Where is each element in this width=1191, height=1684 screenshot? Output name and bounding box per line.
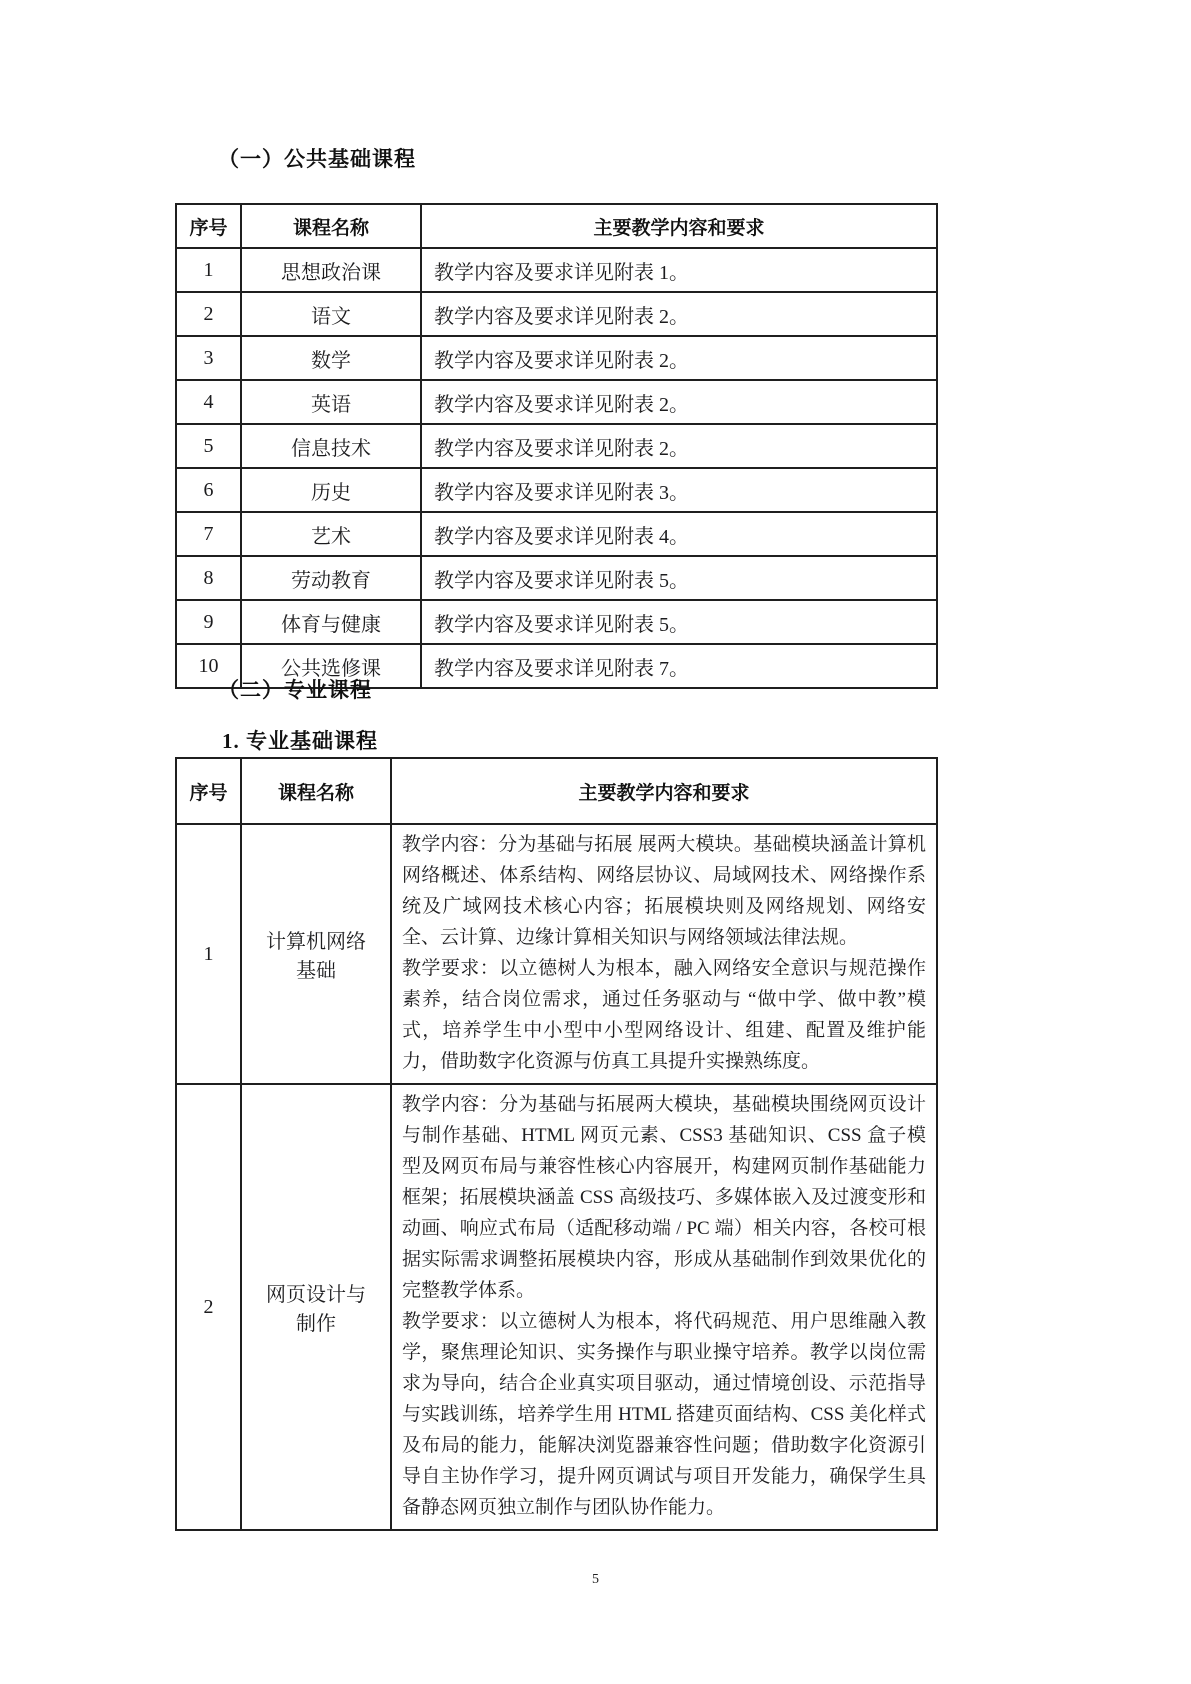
row-number: 8 <box>176 556 241 600</box>
table-row: 3 数学 教学内容及要求详见附表 2。 <box>176 336 937 380</box>
teaching-requirements-paragraph: 教学要求：以立德树人为根本，将代码规范、用户思维融入教学，聚焦理论知识、实务操作… <box>402 1306 926 1523</box>
course-name: 数学 <box>241 336 421 380</box>
table-row: 1 计算机网络基础 教学内容：分为基础与拓展 展两大模块。基础模块涵盖计算机网络… <box>176 824 937 1084</box>
course-content: 教学内容及要求详见附表 2。 <box>421 424 937 468</box>
course-content: 教学内容：分为基础与拓展两大模块，基础模块围绕网页设计与制作基础、HTML 网页… <box>391 1084 937 1530</box>
course-name: 劳动教育 <box>241 556 421 600</box>
course-content: 教学内容及要求详见附表 2。 <box>421 380 937 424</box>
row-number: 7 <box>176 512 241 556</box>
document-page: （一）公共基础课程 序号 课程名称 主要教学内容和要求 1 思想政治课 教学内容… <box>0 0 1191 1684</box>
course-content: 教学内容及要求详见附表 5。 <box>421 556 937 600</box>
course-name: 计算机网络基础 <box>241 824 391 1084</box>
row-number: 1 <box>176 248 241 292</box>
row-number: 5 <box>176 424 241 468</box>
course-name: 体育与健康 <box>241 600 421 644</box>
column-header-no: 序号 <box>176 758 241 824</box>
row-number: 4 <box>176 380 241 424</box>
table-row: 5 信息技术 教学内容及要求详见附表 2。 <box>176 424 937 468</box>
section-heading-professional-courses: （二）专业课程 <box>218 674 372 704</box>
column-header-course-name: 课程名称 <box>241 204 421 248</box>
course-content: 教学内容及要求详见附表 4。 <box>421 512 937 556</box>
table-header-row: 序号 课程名称 主要教学内容和要求 <box>176 758 937 824</box>
table-row: 9 体育与健康 教学内容及要求详见附表 5。 <box>176 600 937 644</box>
table-row: 7 艺术 教学内容及要求详见附表 4。 <box>176 512 937 556</box>
column-header-content: 主要教学内容和要求 <box>391 758 937 824</box>
table-row: 1 思想政治课 教学内容及要求详见附表 1。 <box>176 248 937 292</box>
table-header-row: 序号 课程名称 主要教学内容和要求 <box>176 204 937 248</box>
professional-basic-courses-table: 序号 课程名称 主要教学内容和要求 1 计算机网络基础 教学内容：分为基础与拓展… <box>175 757 938 1531</box>
course-name: 艺术 <box>241 512 421 556</box>
subsection-heading-professional-basic-courses: 1. 专业基础课程 <box>222 725 378 755</box>
course-name: 信息技术 <box>241 424 421 468</box>
course-content: 教学内容及要求详见附表 2。 <box>421 336 937 380</box>
course-content: 教学内容及要求详见附表 5。 <box>421 600 937 644</box>
column-header-course-name: 课程名称 <box>241 758 391 824</box>
course-content: 教学内容及要求详见附表 3。 <box>421 468 937 512</box>
course-content: 教学内容及要求详见附表 2。 <box>421 292 937 336</box>
row-number: 1 <box>176 824 241 1084</box>
course-name: 语文 <box>241 292 421 336</box>
row-number: 2 <box>176 1084 241 1530</box>
column-header-content: 主要教学内容和要求 <box>421 204 937 248</box>
course-name: 英语 <box>241 380 421 424</box>
course-content: 教学内容：分为基础与拓展 展两大模块。基础模块涵盖计算机网络概述、体系结构、网络… <box>391 824 937 1084</box>
table-row: 8 劳动教育 教学内容及要求详见附表 5。 <box>176 556 937 600</box>
row-number: 2 <box>176 292 241 336</box>
course-content: 教学内容及要求详见附表 1。 <box>421 248 937 292</box>
row-number: 6 <box>176 468 241 512</box>
page-number: 5 <box>0 1572 1191 1588</box>
course-name: 网页设计与制作 <box>241 1084 391 1530</box>
course-name: 历史 <box>241 468 421 512</box>
row-number: 3 <box>176 336 241 380</box>
teaching-content-paragraph: 教学内容：分为基础与拓展两大模块，基础模块围绕网页设计与制作基础、HTML 网页… <box>402 1089 926 1306</box>
table-row: 2 语文 教学内容及要求详见附表 2。 <box>176 292 937 336</box>
table-row: 6 历史 教学内容及要求详见附表 3。 <box>176 468 937 512</box>
table-row: 4 英语 教学内容及要求详见附表 2。 <box>176 380 937 424</box>
teaching-content-paragraph: 教学内容：分为基础与拓展 展两大模块。基础模块涵盖计算机网络概述、体系结构、网络… <box>402 829 926 953</box>
public-basic-courses-table: 序号 课程名称 主要教学内容和要求 1 思想政治课 教学内容及要求详见附表 1。… <box>175 203 938 689</box>
section-heading-public-basic-courses: （一）公共基础课程 <box>218 143 416 173</box>
teaching-requirements-paragraph: 教学要求：以立德树人为根本，融入网络安全意识与规范操作素养，结合岗位需求，通过任… <box>402 953 926 1077</box>
row-number: 9 <box>176 600 241 644</box>
course-name: 思想政治课 <box>241 248 421 292</box>
column-header-no: 序号 <box>176 204 241 248</box>
course-content: 教学内容及要求详见附表 7。 <box>421 644 937 688</box>
table-row: 2 网页设计与制作 教学内容：分为基础与拓展两大模块，基础模块围绕网页设计与制作… <box>176 1084 937 1530</box>
